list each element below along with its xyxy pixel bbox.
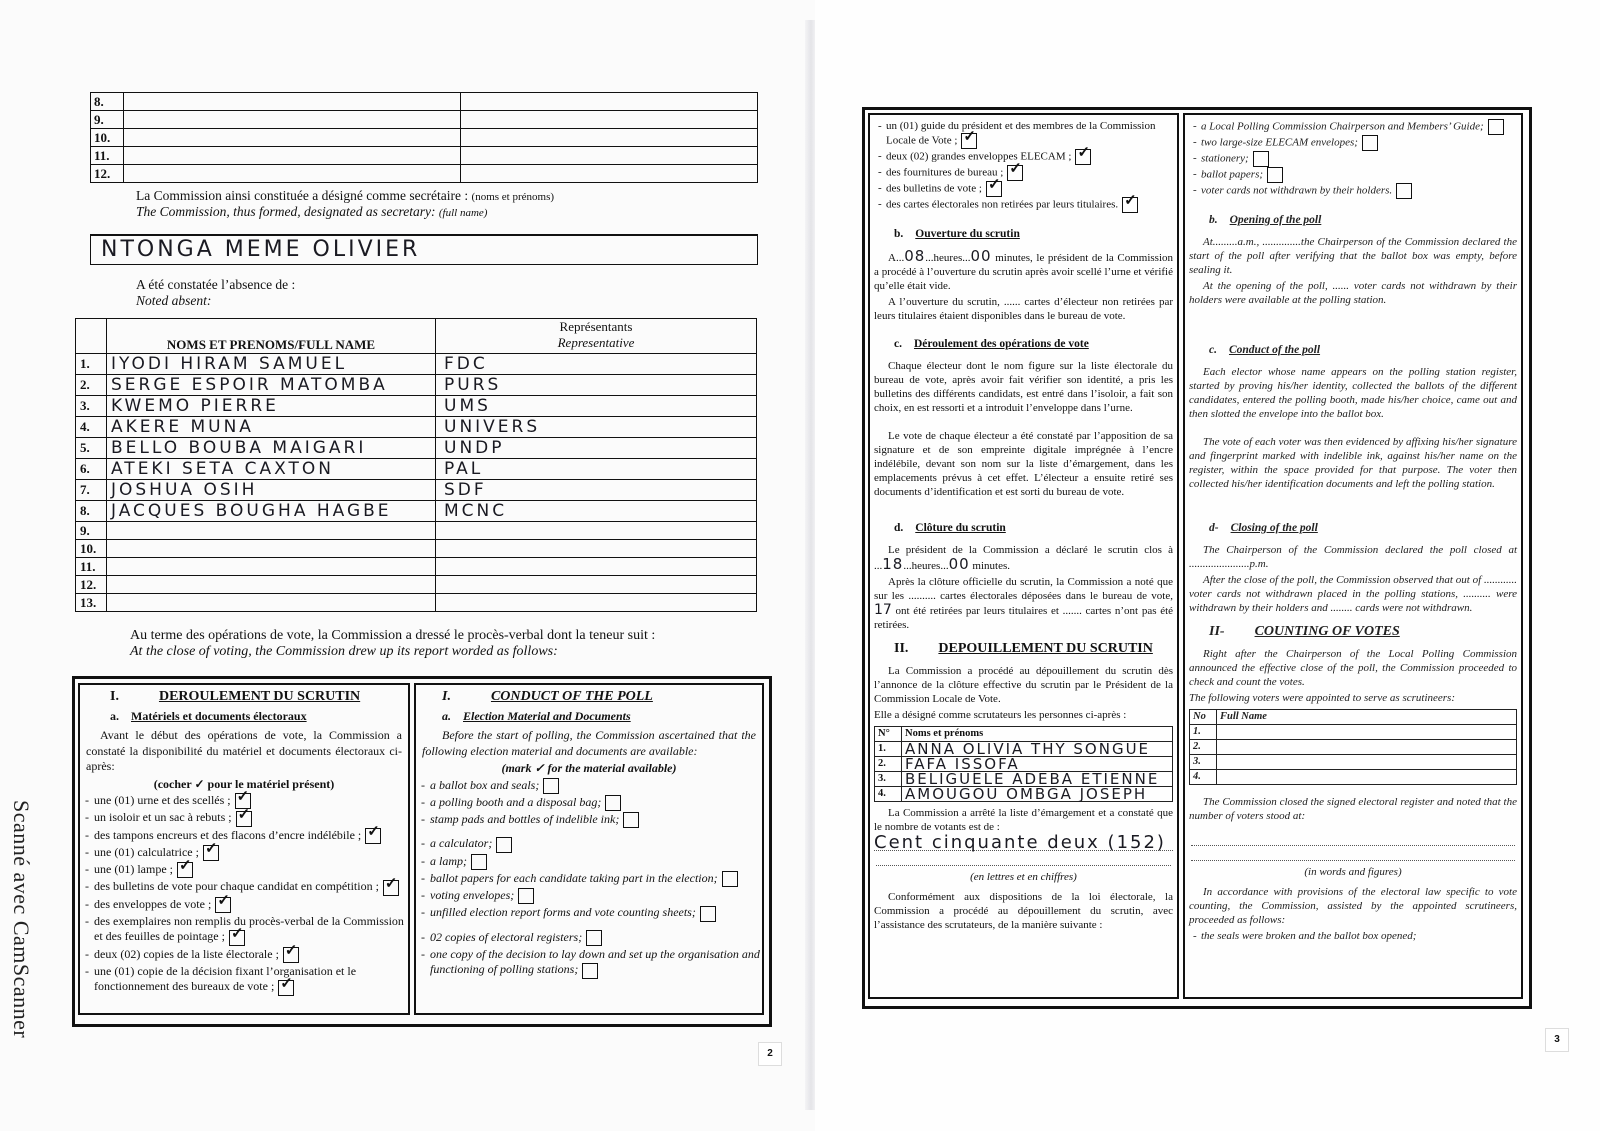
checkbox-empty[interactable] xyxy=(518,888,534,904)
table-header: NOMS ET PRENOMS/FULL NAME Représentants … xyxy=(76,319,757,354)
header-full-name: NOMS ET PRENOMS/FULL NAME xyxy=(107,319,436,354)
checkbox-empty[interactable] xyxy=(543,778,559,794)
checkbox-checked[interactable] xyxy=(177,862,193,878)
secretary-caption: La Commission ainsi constituée a désigné… xyxy=(136,188,554,220)
table-row: 5.BELLO BOUBA MAIGARIUNDP xyxy=(76,438,757,459)
closing-text-fr: Le président de la Commission a déclaré … xyxy=(874,543,1173,573)
checklist-item: ballot papers for each candidate taking … xyxy=(430,871,762,887)
english-column: I.CONDUCT OF THE POLL a.Election Materia… xyxy=(414,683,764,1015)
right-page-frame: un (01) guide du président et des membre… xyxy=(862,107,1532,1009)
checklist-item: stationery; xyxy=(1201,151,1521,167)
checklist-item: a Local Polling Commission Chairperson a… xyxy=(1201,119,1521,135)
checklist-item: des cartes électorales non retirées par … xyxy=(886,197,1177,213)
checkbox-checked[interactable] xyxy=(236,811,252,827)
checklist-item: une (01) calculatrice ; xyxy=(94,845,408,861)
checkbox-empty[interactable] xyxy=(623,812,639,828)
subsection-title-fr: a.Matériels et documents électoraux xyxy=(80,709,408,725)
closing-title-fr: d.Clôture du scrutin xyxy=(894,521,1177,535)
checkbox-empty[interactable] xyxy=(586,930,602,946)
table-row: 11. xyxy=(76,558,757,576)
section-title-en: I.CONDUCT OF THE POLL xyxy=(416,689,762,705)
checklist-item: stamp pads and bottles of indelible ink; xyxy=(430,812,762,828)
table-row: 12. xyxy=(91,165,758,183)
checklist-item: a lamp; xyxy=(430,854,762,870)
counting-title-en: II-COUNTING OF VOTES xyxy=(1209,625,1521,639)
checklist-item: des exemplaires non remplis du procès-ve… xyxy=(94,914,408,946)
checklist-item: des fournitures de bureau ; xyxy=(886,165,1177,181)
french-column: un (01) guide du président et des membre… xyxy=(868,113,1179,999)
table-row: 13. xyxy=(76,594,757,612)
checkbox-empty[interactable] xyxy=(1267,167,1283,183)
header-representative: Représentants Representative xyxy=(436,319,757,354)
withdrawn-count[interactable]: 17 xyxy=(874,602,892,618)
checklist-item: two large-size ELECAM envelopes; xyxy=(1201,135,1521,151)
checkbox-checked[interactable] xyxy=(961,133,977,149)
checklist-item: deux (02) copies de la liste électorale … xyxy=(94,947,408,963)
checklist-item: une (01) urne et des scellés ; xyxy=(94,793,408,809)
checklist-item: une (01) lampe ; xyxy=(94,862,408,878)
checklist-item: a ballot box and seals; xyxy=(430,778,762,794)
secretary-name: NTONGA MEME OLIVIER xyxy=(101,237,420,262)
checkbox-empty[interactable] xyxy=(1362,135,1378,151)
checklist-item: a calculator; xyxy=(430,836,762,852)
conduct-title-fr: c.Déroulement des opérations de vote xyxy=(894,337,1177,351)
absent-caption: A été constatée l’absence de : Noted abs… xyxy=(136,277,295,309)
voters-count-field[interactable]: Cent cinquante deux (152) xyxy=(874,836,1173,851)
absent-table: NOMS ET PRENOMS/FULL NAME Représentants … xyxy=(75,318,757,612)
material-checklist-fr: une (01) urne et des scellés ; un isoloi… xyxy=(80,793,408,996)
checklist-item: one copy of the decision to lay down and… xyxy=(430,947,762,979)
closing-title-en: d-Closing of the poll xyxy=(1209,521,1521,535)
checkbox-checked[interactable] xyxy=(215,897,231,913)
checklist-item: des tampons encreurs et des flacons d’en… xyxy=(94,828,408,844)
section-title-fr: I.DEROULEMENT DU SCRUTIN xyxy=(80,689,408,705)
checkbox-empty[interactable] xyxy=(1396,183,1412,199)
checkbox-checked[interactable] xyxy=(1075,149,1091,165)
material-checklist-en-cont: a Local Polling Commission Chairperson a… xyxy=(1185,119,1521,199)
table-row: 2.SERGE ESPOIR MATOMBAPURS xyxy=(76,375,757,396)
checkbox-checked[interactable] xyxy=(283,947,299,963)
checkbox-empty[interactable] xyxy=(496,837,512,853)
checklist-item: unfilled election report forms and vote … xyxy=(430,905,762,921)
table-row: 8.JACQUES BOUGHA HAGBEMCNC xyxy=(76,501,757,522)
checklist-item: voter cards not withdrawn by their holde… xyxy=(1201,183,1521,199)
opening-hours[interactable]: 08 xyxy=(904,247,925,265)
checkbox-empty[interactable] xyxy=(700,906,716,922)
checkbox-checked[interactable] xyxy=(203,845,219,861)
checkbox-checked[interactable] xyxy=(1007,165,1023,181)
checkbox-empty[interactable] xyxy=(471,854,487,870)
material-checklist-en: a ballot box and seals; a polling booth … xyxy=(416,778,762,979)
closing-hours[interactable]: 18 xyxy=(882,555,903,573)
checkbox-empty[interactable] xyxy=(722,871,738,887)
report-intro: Au terme des opérations de vote, la Comm… xyxy=(130,628,655,660)
english-column: a Local Polling Commission Chairperson a… xyxy=(1183,113,1523,999)
table-row: 4. xyxy=(1190,770,1517,785)
page-number: 2 xyxy=(758,1042,782,1066)
table-row: 4.AKERE MUNAUNIVERS xyxy=(76,417,757,438)
table-row: 10. xyxy=(91,129,758,147)
checklist-item: des enveloppes de vote ; xyxy=(94,897,408,913)
scrutineers-table-en: NoFull Name 1. 2. 3. 4. xyxy=(1189,709,1517,785)
checklist-item: ballot papers; xyxy=(1201,167,1521,183)
page-number: 3 xyxy=(1545,1028,1569,1052)
table-row: 8. xyxy=(91,93,758,111)
counting-title-fr: II.DEPOUILLEMENT DU SCRUTIN xyxy=(894,642,1177,656)
opening-title-en: b.Opening of the poll xyxy=(1209,213,1521,227)
material-checklist-fr-cont: un (01) guide du président et des membre… xyxy=(870,119,1177,213)
closing-minutes[interactable]: 00 xyxy=(949,555,970,573)
table-header: NoFull Name xyxy=(1190,710,1517,725)
checkbox-empty[interactable] xyxy=(1253,151,1269,167)
members-table-continued: 8. 9. 10. 11. 12. xyxy=(90,92,758,183)
conduct-of-poll-frame: I.DEROULEMENT DU SCRUTIN a.Matériels et … xyxy=(72,676,772,1027)
table-row: 6.ATEKI SETA CAXTONPAL xyxy=(76,459,757,480)
table-row: 4.AMOUGOU OMBGA JOSEPH xyxy=(875,787,1173,802)
checklist-item: un (01) guide du président et des membre… xyxy=(886,119,1177,149)
checklist-item: une (01) copie de la décision fixant l’o… xyxy=(94,964,408,996)
table-row: 7.JOSHUA OSIHSDF xyxy=(76,480,757,501)
checklist-item: 02 copies of electoral registers; xyxy=(430,930,762,946)
checklist-item: voting envelopes; xyxy=(430,888,762,904)
camscanner-watermark: Scanné avec CamScanner xyxy=(8,800,34,1038)
checkbox-empty[interactable] xyxy=(582,963,598,979)
table-row: 2. xyxy=(1190,740,1517,755)
table-row: 10. xyxy=(76,540,757,558)
opening-text-fr: A...08...heures...00 minutes, le préside… xyxy=(874,249,1173,293)
checklist-item: un isoloir et un sac à rebuts ; xyxy=(94,810,408,826)
table-row: 11. xyxy=(91,147,758,165)
checkbox-checked[interactable] xyxy=(383,880,399,896)
voters-count-field[interactable] xyxy=(1191,835,1515,846)
conduct-title-en: c.Conduct of the poll xyxy=(1209,343,1521,357)
checkbox-empty[interactable] xyxy=(605,795,621,811)
checklist-item: des bulletins de vote pour chaque candid… xyxy=(94,879,408,895)
table-row: 1.IYODI HIRAM SAMUELFDC xyxy=(76,354,757,375)
table-row: 9. xyxy=(76,522,757,540)
checkbox-checked[interactable] xyxy=(365,828,381,844)
checkbox-empty[interactable] xyxy=(1488,119,1504,135)
table-row: 9. xyxy=(91,111,758,129)
table-row: 3.KWEMO PIERREUMS xyxy=(76,396,757,417)
table-row: 3. xyxy=(1190,755,1517,770)
french-column: I.DEROULEMENT DU SCRUTIN a.Matériels et … xyxy=(78,683,410,1015)
table-row: 12. xyxy=(76,576,757,594)
scrutineers-table-fr: N°Noms et prénoms 1.ANNA OLIVIA THY SONG… xyxy=(874,726,1173,802)
secretary-name-field[interactable]: NTONGA MEME OLIVIER xyxy=(90,234,758,265)
checkbox-checked[interactable] xyxy=(278,980,294,996)
checkbox-checked[interactable] xyxy=(1122,197,1138,213)
opening-minutes[interactable]: 00 xyxy=(971,247,992,265)
checkbox-checked[interactable] xyxy=(229,930,245,946)
checklist-item: deux (02) grandes enveloppes ELECAM ; xyxy=(886,149,1177,165)
subsection-title-en: a.Election Material and Documents xyxy=(416,709,762,725)
checklist-item: a polling booth and a disposal bag; xyxy=(430,795,762,811)
opening-title-fr: b.Ouverture du scrutin xyxy=(894,227,1177,241)
table-row: 1. xyxy=(1190,725,1517,740)
checkbox-checked[interactable] xyxy=(986,181,1002,197)
